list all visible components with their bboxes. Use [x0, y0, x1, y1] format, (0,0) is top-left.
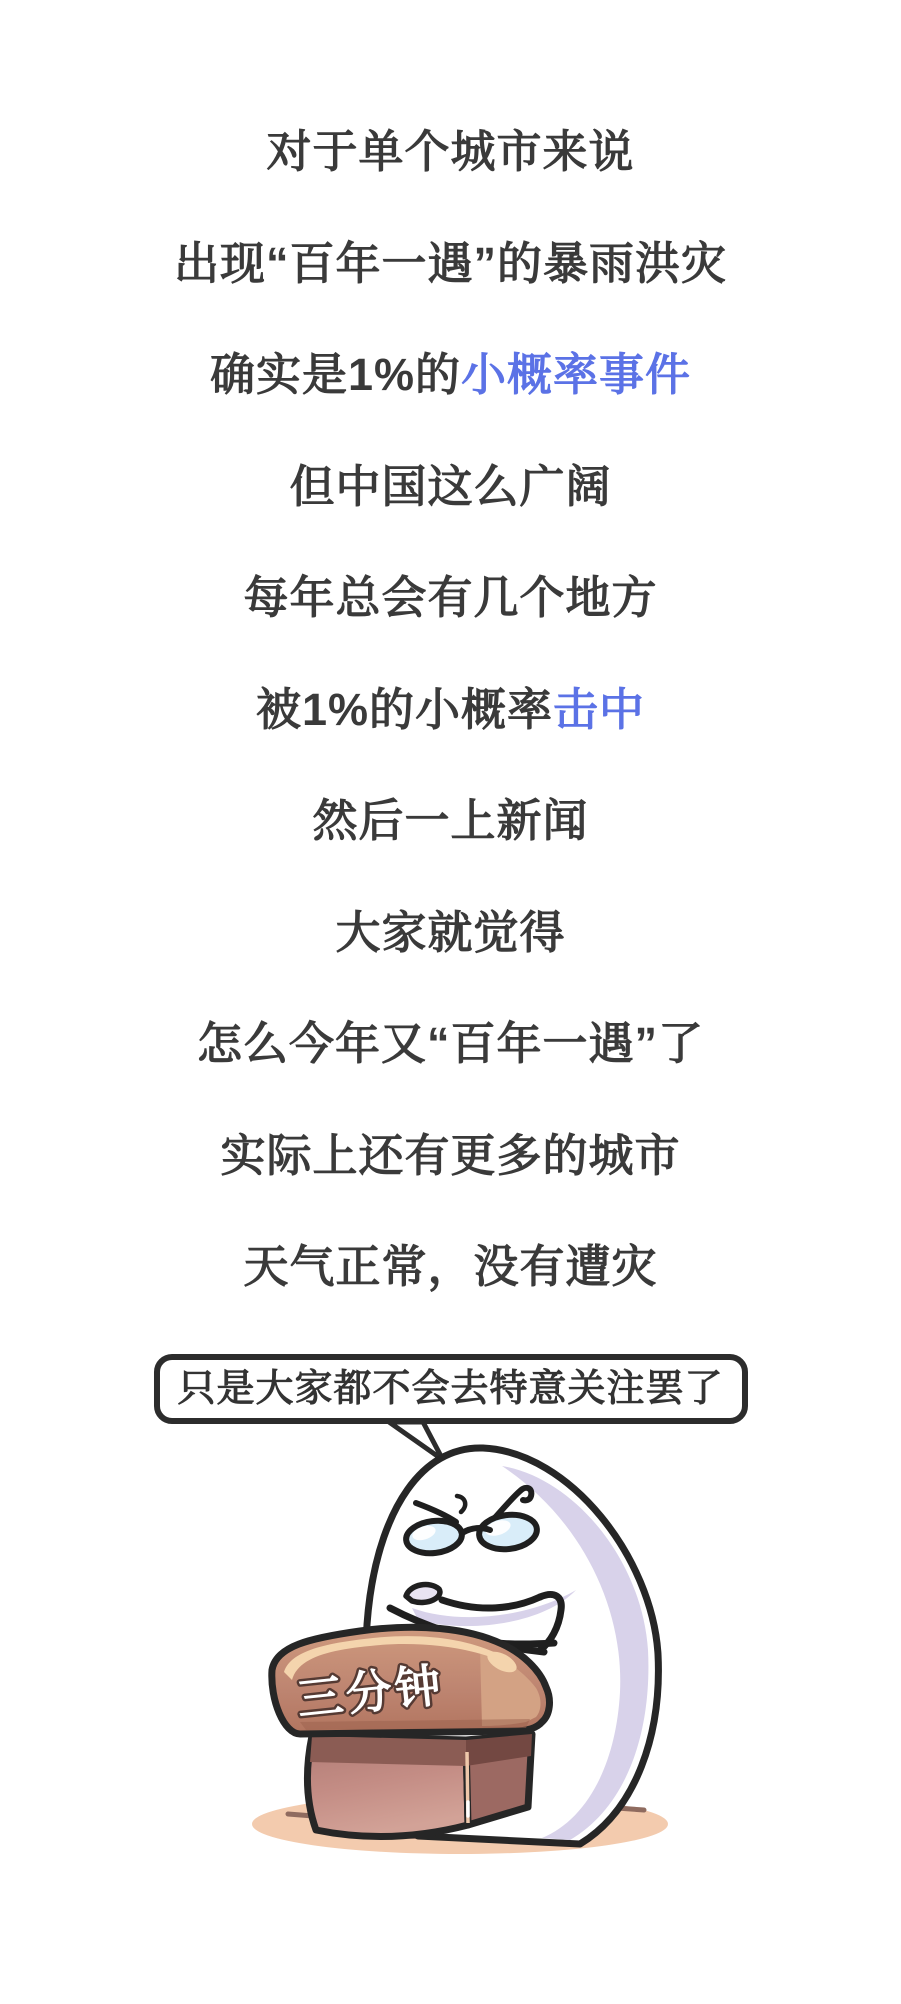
text-segment: 大家就觉得: [335, 907, 565, 958]
accent-text: 小概率事件: [461, 349, 691, 400]
text-line: 确实是1%的小概率事件: [0, 352, 901, 397]
text-line: 出现“百年一遇”的暴雨洪灾: [0, 241, 901, 286]
text-segment: 确实是1%的: [210, 349, 461, 400]
speech-bubble: 只是大家都不会去特意关注罢了: [153, 1354, 747, 1424]
text-line: 但中国这么广阔: [0, 464, 901, 509]
text-line: 怎么今年又“百年一遇”了: [0, 1021, 901, 1066]
text-segment: 天气正常，没有遭灾: [243, 1241, 657, 1292]
text-segment: 出现“百年一遇”的暴雨洪灾: [174, 238, 727, 289]
text-segment: 每年总会有几个地方: [243, 572, 657, 623]
podium-top: 三分钟: [272, 1627, 550, 1734]
text-line: 对于单个城市来说: [0, 129, 901, 174]
mascot-illustration: 三分钟: [150, 1400, 750, 1900]
text-segment: 实际上还有更多的城市: [220, 1130, 680, 1181]
text-line: 天气正常，没有遭灾: [0, 1244, 901, 1289]
text-segment: 对于单个城市来说: [266, 126, 634, 177]
text-line: 被1%的小概率击中: [0, 687, 901, 732]
text-line: 每年总会有几个地方: [0, 575, 901, 620]
article-image: 对于单个城市来说 出现“百年一遇”的暴雨洪灾 确实是1%的小概率事件 但中国这么…: [0, 0, 901, 2004]
text-segment: 然后一上新闻: [312, 795, 588, 846]
text-segment: 但中国这么广阔: [289, 461, 611, 512]
podium: 三分钟: [272, 1627, 550, 1836]
speech-bubble-text: 只是大家都不会去特意关注罢了: [177, 1368, 723, 1410]
text-line: 大家就觉得: [0, 910, 901, 955]
text-line: 然后一上新闻: [0, 798, 901, 843]
text-segment: 被1%的小概率: [256, 684, 553, 735]
text-segment: 怎么今年又“百年一遇”了: [197, 1018, 704, 1069]
accent-text: 击中: [553, 684, 645, 735]
bubble-tail-icon: [389, 1422, 443, 1460]
text-line: 实际上还有更多的城市: [0, 1133, 901, 1178]
